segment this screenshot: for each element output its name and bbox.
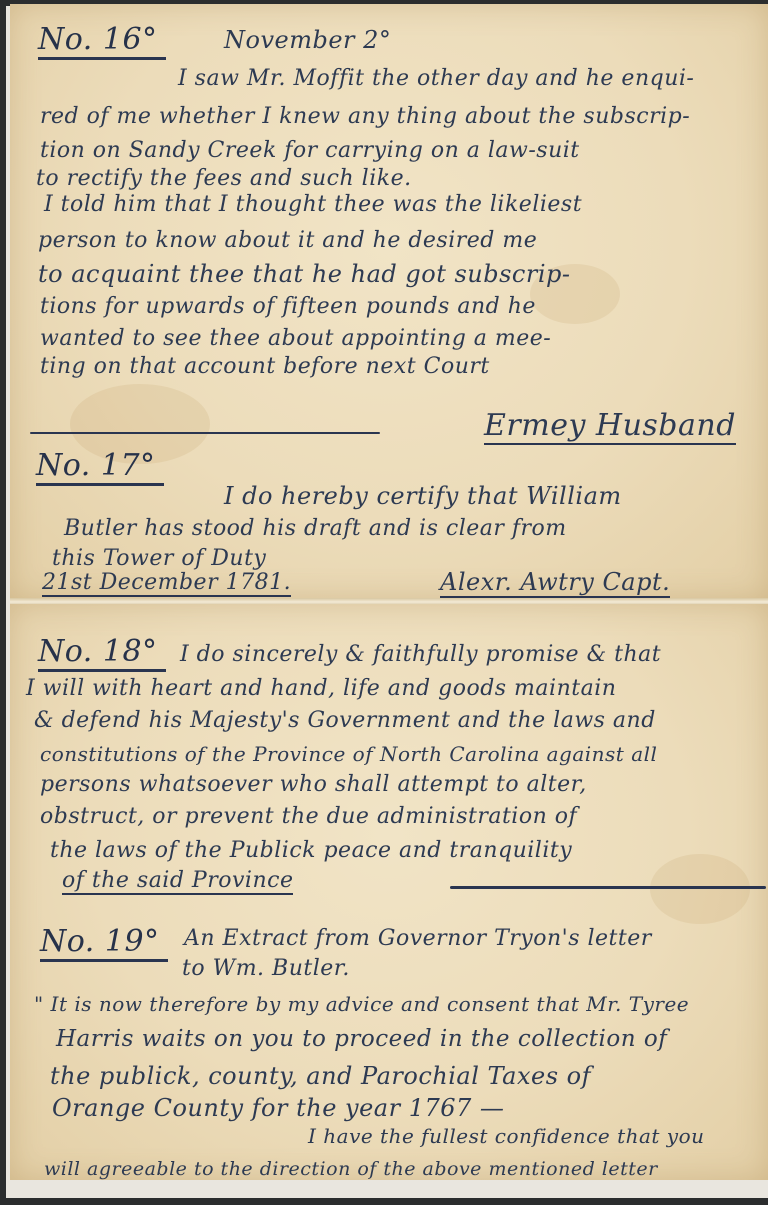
text-line: to acquaint thee that he had got subscri… <box>38 260 570 288</box>
text-line: I saw Mr. Moffit the other day and he en… <box>178 66 694 91</box>
entry-number: No. 16° <box>38 22 166 60</box>
text-line: I will with heart and hand, life and goo… <box>26 676 616 701</box>
text-line: wanted to see thee about appointing a me… <box>40 326 551 351</box>
text-line: Harris waits on you to proceed in the co… <box>56 1026 667 1052</box>
text-line: person to know about it and he desired m… <box>38 228 537 253</box>
text-line: constitutions of the Province of North C… <box>40 742 657 766</box>
entry-date: November 2° <box>224 26 391 54</box>
text-line: the publick, county, and Parochial Taxes… <box>50 1062 591 1090</box>
separator-rule <box>450 886 766 889</box>
text-line: obstruct, or prevent the due administrat… <box>40 804 577 829</box>
text-line: to rectify the fees and such like. <box>36 166 412 191</box>
text-line: persons whatsoever who shall attempt to … <box>40 772 587 797</box>
text-line: ting on that account before next Court <box>40 354 490 379</box>
text-line: I do hereby certify that William <box>224 482 622 510</box>
text-line: " It is now therefore by my advice and c… <box>34 992 689 1016</box>
text-line: the laws of the Publick peace and tranqu… <box>50 838 572 863</box>
entry-number: No. 18° <box>38 634 166 672</box>
text-line: I do sincerely & faithfully promise & th… <box>180 642 661 667</box>
text-line: I have the fullest confidence that you <box>308 1124 705 1148</box>
text-line: tion on Sandy Creek for carrying on a la… <box>40 138 580 163</box>
text-line: of the said Province <box>62 868 293 895</box>
text-line: tions for upwards of fifteen pounds and … <box>40 294 536 319</box>
text-line: will agreeable to the direction of the a… <box>44 1158 658 1180</box>
separator-rule <box>30 432 380 434</box>
text-line: Orange County for the year 1767 — <box>52 1094 504 1122</box>
text-line: Butler has stood his draft and is clear … <box>64 516 567 541</box>
text-line: this Tower of Duty <box>52 546 266 571</box>
entry-number: No. 17° <box>36 448 164 486</box>
signature: Ermey Husband <box>484 408 736 445</box>
entry-date: 21st December 1781. <box>42 570 291 597</box>
heading-line: An Extract from Governor Tryon's letter <box>184 926 652 951</box>
signature: Alexr. Awtry Capt. <box>440 568 670 598</box>
text-line: & defend his Majesty's Government and th… <box>34 708 656 733</box>
text-line: red of me whether I knew any thing about… <box>40 104 690 129</box>
text-line: I told him that I thought thee was the l… <box>44 192 582 217</box>
entry-number: No. 19° <box>40 924 168 962</box>
heading-line: to Wm. Butler. <box>182 956 350 981</box>
